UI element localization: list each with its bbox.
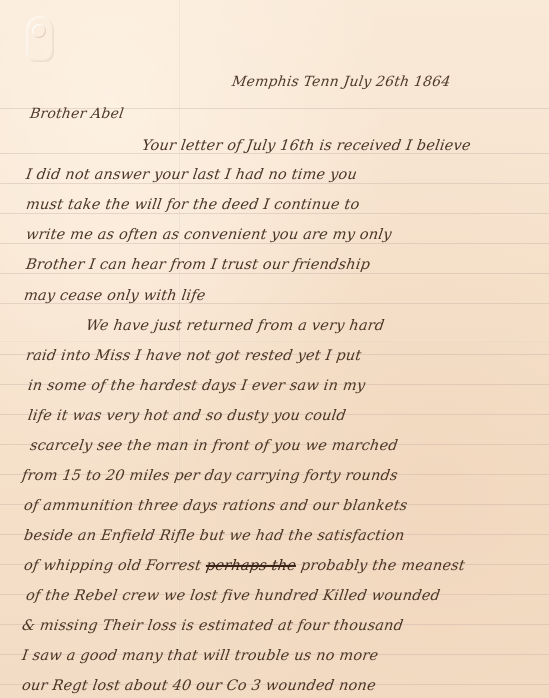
letter-line: We have just returned from a very hard	[85, 318, 386, 334]
letter-line: raid into Miss I have not got rested yet…	[25, 348, 363, 364]
letter-line: in some of the hardest days I ever saw i…	[27, 378, 366, 394]
letter-line: of ammunition three days rations and our…	[23, 498, 409, 514]
letter-line-text: probably the meanest	[300, 558, 466, 574]
letter-line-with-strikeout: of whipping old Forrest perhaps the prob…	[23, 558, 466, 574]
fold-crease-horizontal	[0, 340, 549, 342]
ruled-line	[0, 243, 549, 244]
letter-line: beside an Enfield Rifle but we had the s…	[23, 528, 406, 544]
embossed-stationery-mark-icon	[26, 16, 54, 62]
ruled-line	[0, 183, 549, 184]
letter-line: Brother I can hear from I trust our frie…	[25, 257, 371, 273]
letter-line: scarcely see the man in front of you we …	[29, 438, 399, 454]
letter-line: I saw a good many that will trouble us n…	[21, 648, 379, 664]
letter-line: of the Rebel crew we lost five hundred K…	[25, 588, 441, 604]
letter-line: may cease only with life	[23, 288, 207, 304]
salutation: Brother Abel	[29, 106, 125, 122]
letter-line: from 15 to 20 miles per day carrying for…	[21, 468, 399, 484]
ruled-line	[0, 213, 549, 214]
letter-line: must take the will for the deed I contin…	[25, 197, 361, 213]
struck-out-text: perhaps the	[205, 558, 297, 574]
letter-line: our Regt lost about 40 our Co 3 wounded …	[21, 678, 377, 694]
letter-line-text: of whipping old Forrest	[23, 558, 202, 574]
letter-line: I did not answer your last I had no time…	[25, 167, 358, 183]
letter-line: write me as often as convenient you are …	[25, 227, 393, 243]
ruled-line	[0, 273, 549, 274]
letter-line: & missing Their loss is estimated at fou…	[21, 618, 404, 634]
letter-page: Memphis Tenn July 26th 1864 Brother Abel…	[0, 0, 549, 698]
letter-line: Your letter of July 16th is received I b…	[141, 138, 472, 154]
letter-line: life it was very hot and so dusty you co…	[27, 408, 347, 424]
dateline: Memphis Tenn July 26th 1864	[231, 74, 452, 90]
